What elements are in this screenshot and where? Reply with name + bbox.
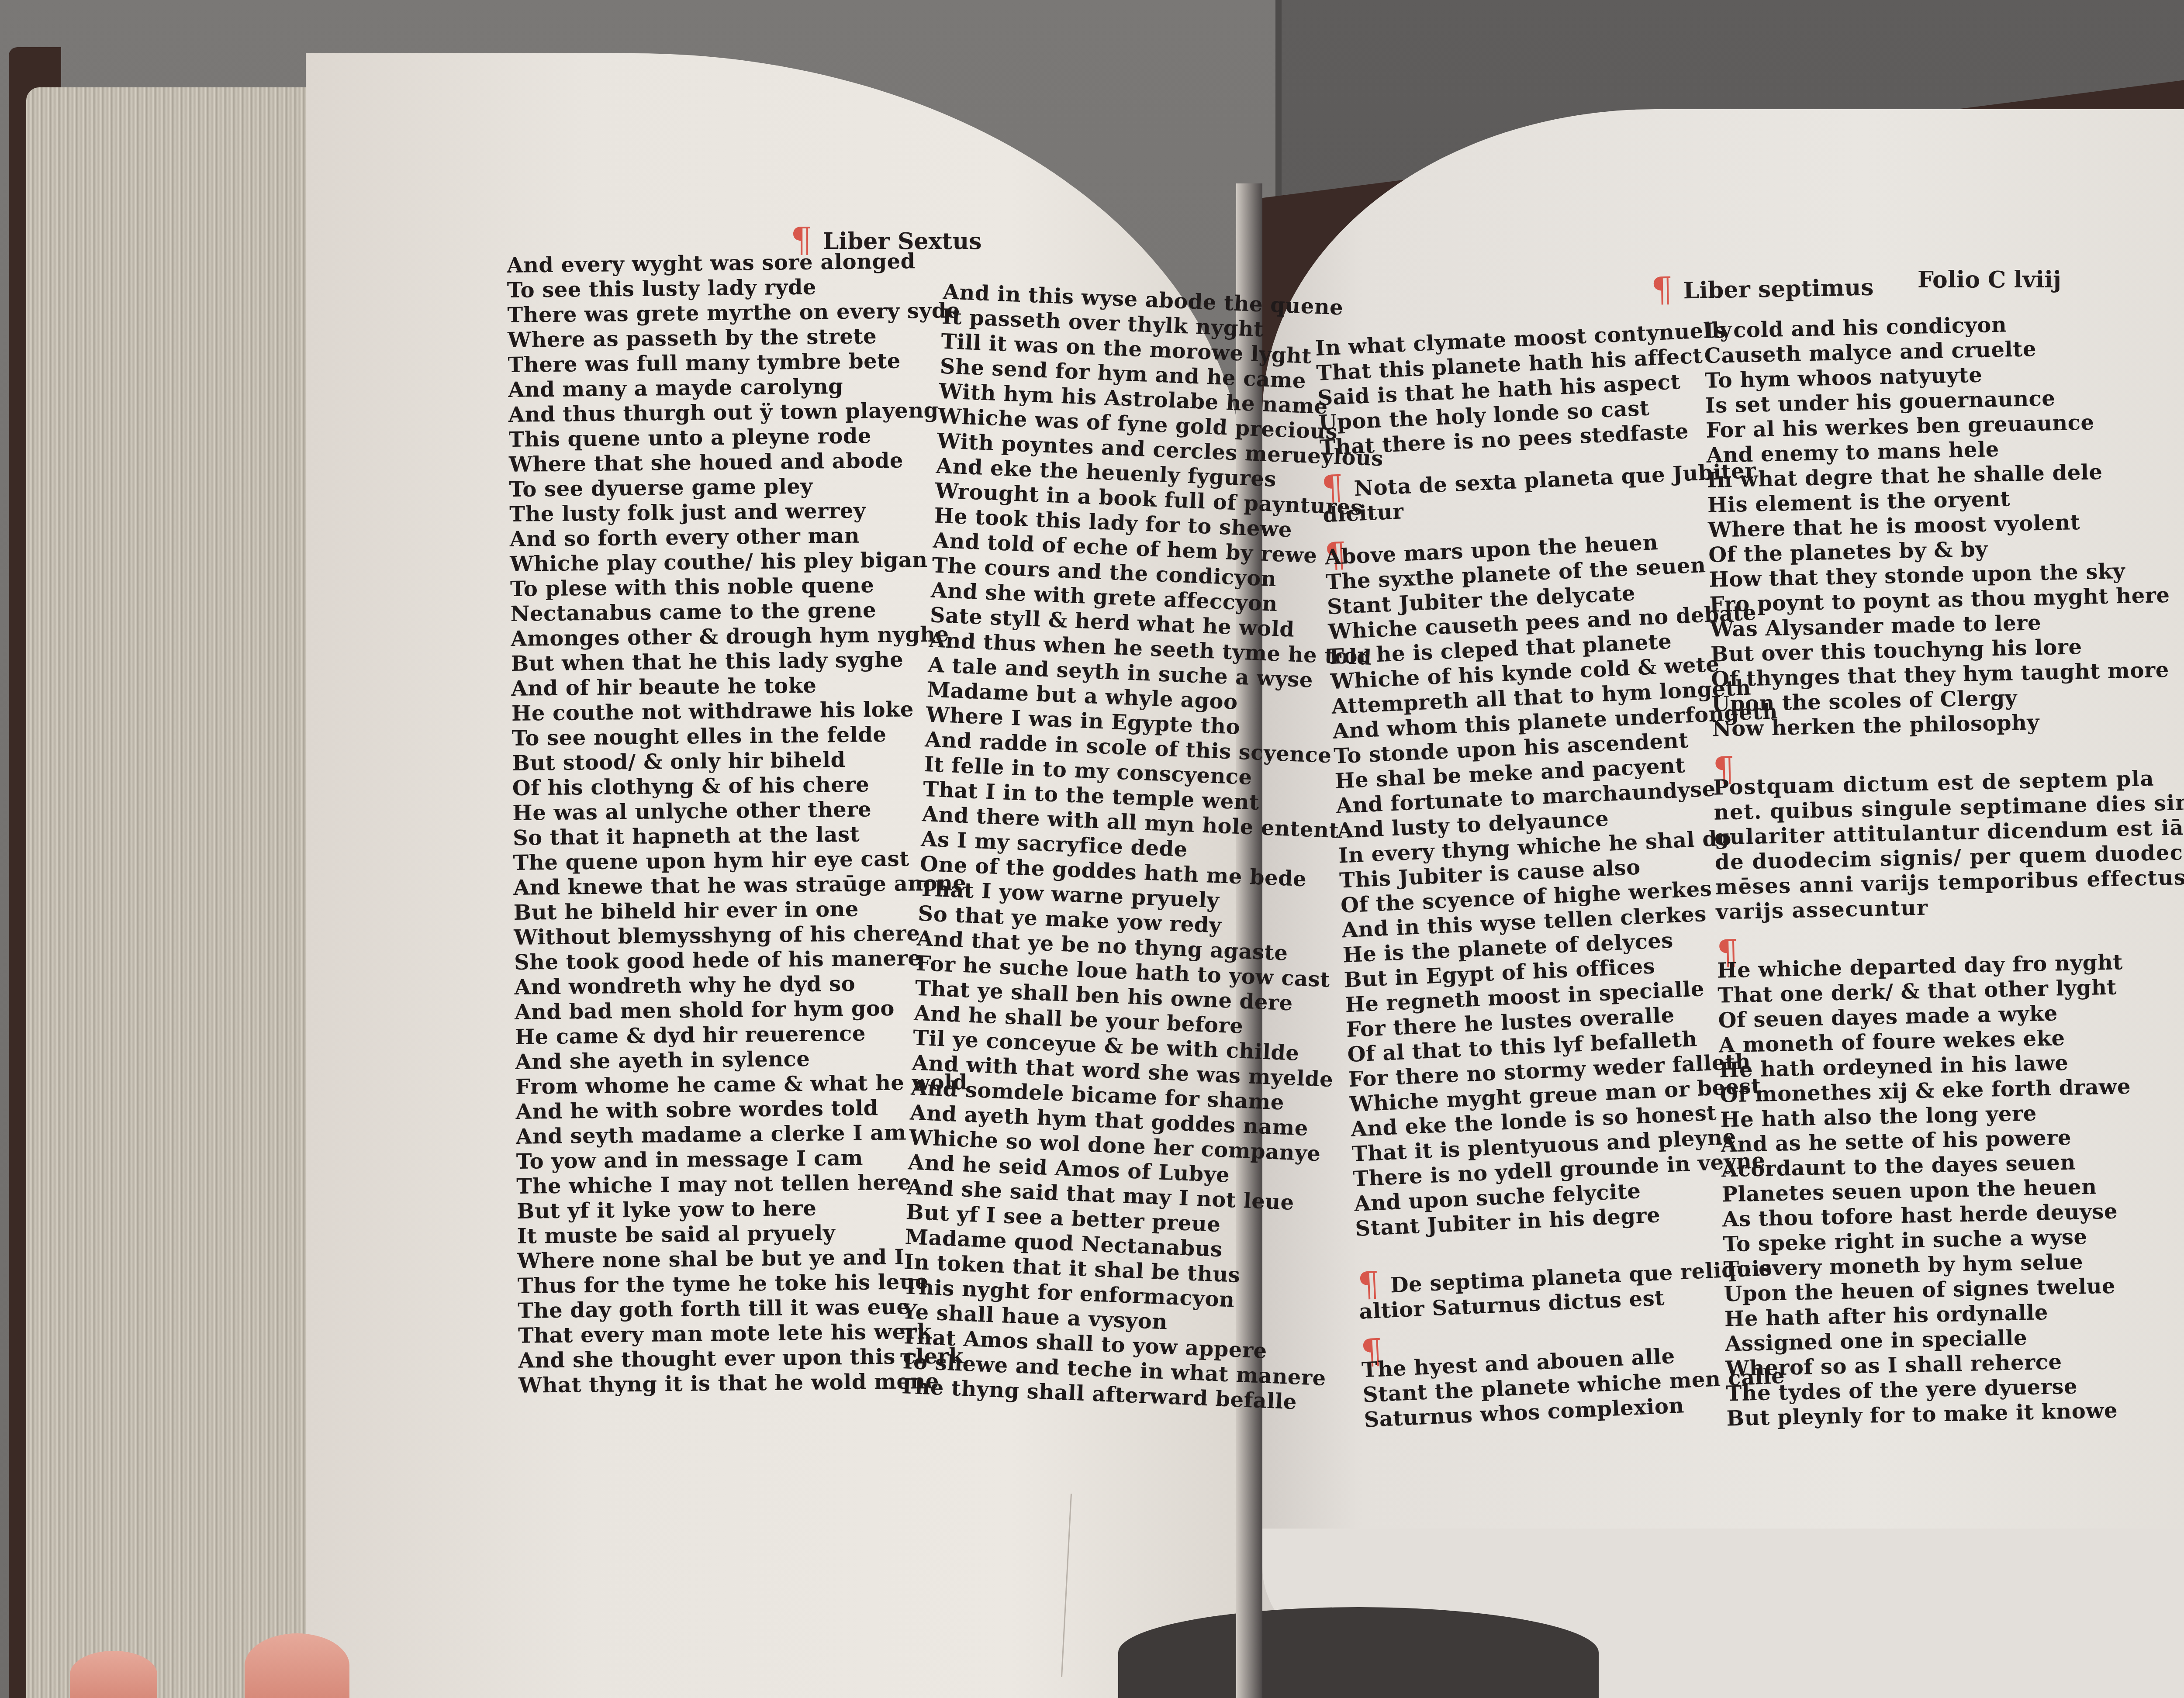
text-line: There was full many tymbre bete <box>508 348 961 378</box>
text-line: And every wyght was sore alonged <box>507 248 960 278</box>
text-block-fore-edge <box>26 87 306 1698</box>
text-line: She took good hede of his manere <box>514 946 968 975</box>
text-line: He couthe not withdrawe his loke <box>511 697 965 726</box>
stanza-saturn-cont: Is cold and his condicyonCauseth malyce … <box>1704 308 2184 742</box>
right-running-head: ¶Liber septimus <box>1651 267 1874 310</box>
gutter-shadow <box>1118 1607 1599 1698</box>
finger-1 <box>70 1651 157 1698</box>
folio-number: Folio C lviij <box>1918 266 2061 293</box>
text-line: And seyth madame a clerke I am <box>516 1120 969 1149</box>
left-page-column-1: And every wyght was sore alongedTo see t… <box>507 248 972 1398</box>
text-line: From whome he came & what he wold <box>515 1070 969 1100</box>
text-line: But when that he this lady syghe <box>511 647 964 676</box>
left-page-column-2: And in this wyse abode the queneIt passe… <box>898 280 1390 1417</box>
text-line: And knewe that he was straūge anone <box>513 871 967 901</box>
right-page-column-2: Is cold and his condicyonCauseth malyce … <box>1704 308 2184 1431</box>
text-line: The whiche I may not tellen here <box>516 1170 970 1199</box>
text-line: Whiche play couthe/ his pley bigan <box>510 547 963 577</box>
running-head-text: Liber septimus <box>1683 274 1874 304</box>
stanza-jupiter-intro: In what clymate moost contynuellyThat th… <box>1315 316 1766 461</box>
text-line: There was grete myrthe on every syde <box>507 298 961 328</box>
finger-2 <box>245 1633 349 1698</box>
text-line: And thus thurgh out ÿ town playeng <box>508 398 962 428</box>
text-line: Where that she houed and abode <box>509 448 962 477</box>
latin-gloss-signs: Postquam dictum est de septem planet. qu… <box>1713 765 2184 925</box>
stanza-months: He whiche departed day fro nyghtThat one… <box>1717 948 2184 1432</box>
pilcrow-icon: ¶ <box>1651 270 1673 310</box>
